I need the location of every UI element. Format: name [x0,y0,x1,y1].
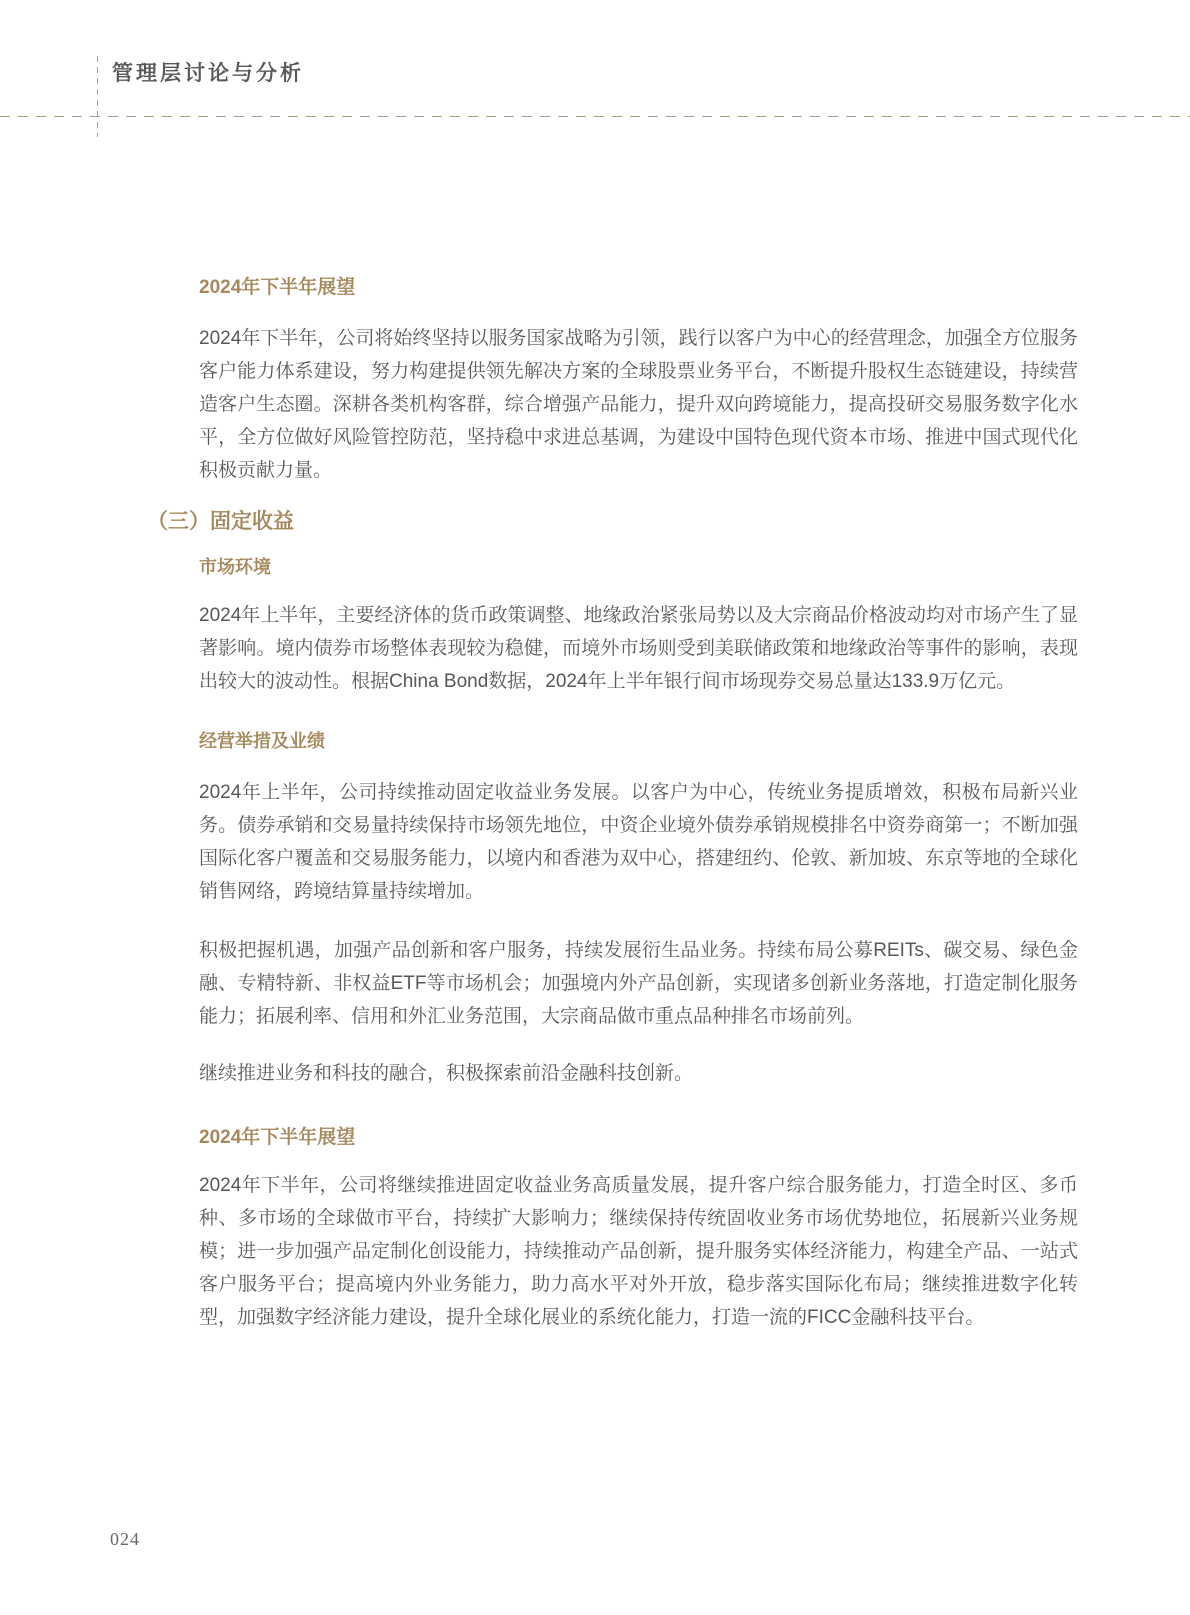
paragraph-operations-2: 积极把握机遇，加强产品创新和客户服务，持续发展衍生品业务。持续布局公募REITs… [199,934,1078,1033]
heading-fixed-income-section: （三）固定收益 [147,507,1078,537]
page-number: 024 [110,1529,140,1550]
content-column: 2024年下半年展望 2024年下半年，公司将始终坚持以服务国家战略为引领，践行… [199,0,1078,1334]
heading-market-environment: 市场环境 [199,555,1078,580]
paragraph-operations-1: 2024年上半年，公司持续推动固定收益业务发展。以客户为中心，传统业务提质增效，… [199,776,1078,908]
heading-fixed-income-outlook: 2024年下半年展望 [199,1126,1078,1150]
paragraph-fixed-income-outlook: 2024年下半年，公司将继续推进固定收益业务高质量发展，提升客户综合服务能力，打… [199,1169,1078,1334]
header-vertical-dashed-rule [97,56,98,137]
heading-operations-results: 经营举措及业绩 [199,729,1078,754]
paragraph-operations-3: 继续推进业务和科技的融合，积极探索前沿金融科技创新。 [199,1057,1078,1090]
report-page: 管理层讨论与分析 2024年下半年展望 2024年下半年，公司将始终坚持以服务国… [0,0,1190,1615]
paragraph-equity-outlook: 2024年下半年，公司将始终坚持以服务国家战略为引领，践行以客户为中心的经营理念… [199,322,1078,487]
paragraph-market-environment: 2024年上半年，主要经济体的货币政策调整、地缘政治紧张局势以及大宗商品价格波动… [199,599,1078,698]
heading-equity-outlook: 2024年下半年展望 [199,276,1078,300]
